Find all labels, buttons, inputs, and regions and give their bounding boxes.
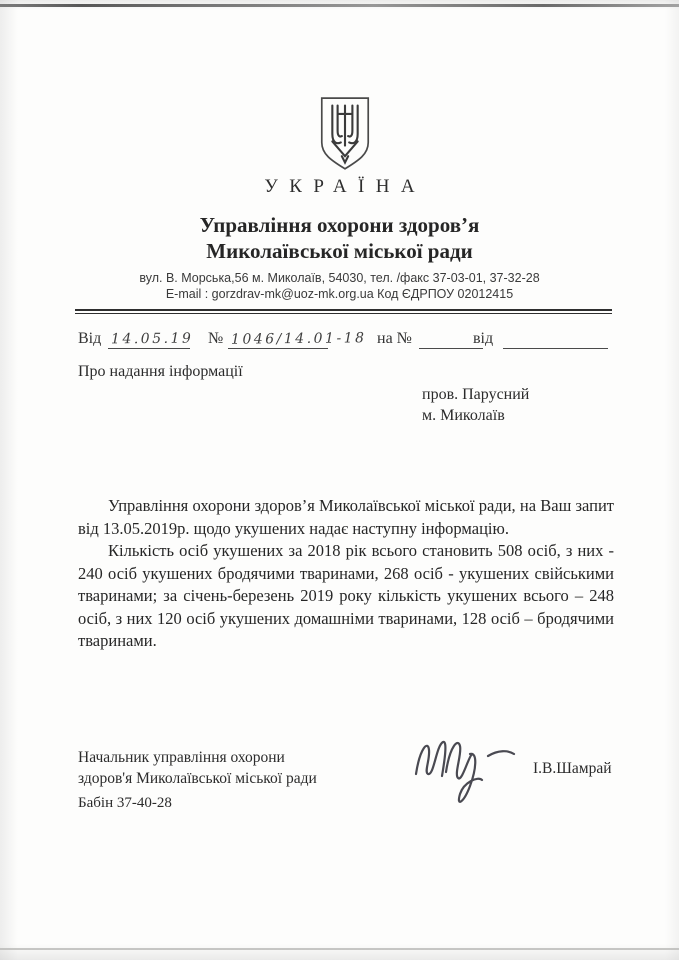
address-line: вул. В. Морська,56 м. Миколаїв, 54030, т… <box>0 270 679 286</box>
signer-name: І.В.Шамрай <box>533 760 612 778</box>
letterhead-address: вул. В. Морська,56 м. Миколаїв, 54030, т… <box>0 270 679 302</box>
scan-artifact-bottom-edge <box>0 948 679 950</box>
contact-line: E-mail : gorzdrav-mk@uoz-mk.org.ua Код Є… <box>0 286 679 302</box>
signer-title: Начальник управління охорони здоров'я Ми… <box>78 747 317 789</box>
handwritten-number: 1046/14.01-18 <box>231 330 367 347</box>
letterhead-double-rule <box>75 309 612 314</box>
reply-from-blank-line <box>503 328 608 349</box>
reply-from-label: від <box>473 330 493 348</box>
body-paragraph-1: Управління охорони здоров’я Миколаївсько… <box>78 495 614 540</box>
executor-contact: Бабін 37-40-28 <box>78 795 172 812</box>
body-paragraph-2: Кількість осіб укушених за 2018 рік всьо… <box>78 540 614 653</box>
reply-number-label: на № <box>377 330 412 348</box>
signer-title-line1: Начальник управління охорони <box>78 747 317 768</box>
handwritten-date: 14.05.19 <box>111 331 194 348</box>
recipient-block: пров. Парусний м. Миколаїв <box>422 384 529 426</box>
organization-name-line1: Управління охорони здоров’я <box>0 212 679 238</box>
handwritten-signature <box>408 728 528 818</box>
country-title: УКРАЇНА <box>0 176 679 198</box>
signer-title-line2: здоров'я Миколаївської міської ради <box>78 768 317 789</box>
letter-body: Управління охорони здоров’я Миколаївсько… <box>78 495 614 653</box>
recipient-city: м. Миколаїв <box>422 405 529 426</box>
number-label: № <box>208 330 223 348</box>
scan-artifact-top-edge <box>0 4 679 7</box>
organization-name-line2: Миколаївської міської ради <box>0 238 679 264</box>
recipient-street: пров. Парусний <box>422 384 529 405</box>
subject-line: Про надання інформації <box>78 363 243 381</box>
scanned-letter-page: УКРАЇНА Управління охорони здоров’я Мико… <box>0 0 679 960</box>
from-label: Від <box>78 330 101 348</box>
organization-name: Управління охорони здоров’я Миколаївсько… <box>0 212 679 264</box>
reference-line: Від 14.05.19 № 1046/14.01-18 на № від <box>78 328 612 354</box>
ukraine-trident-emblem-icon <box>313 96 377 172</box>
